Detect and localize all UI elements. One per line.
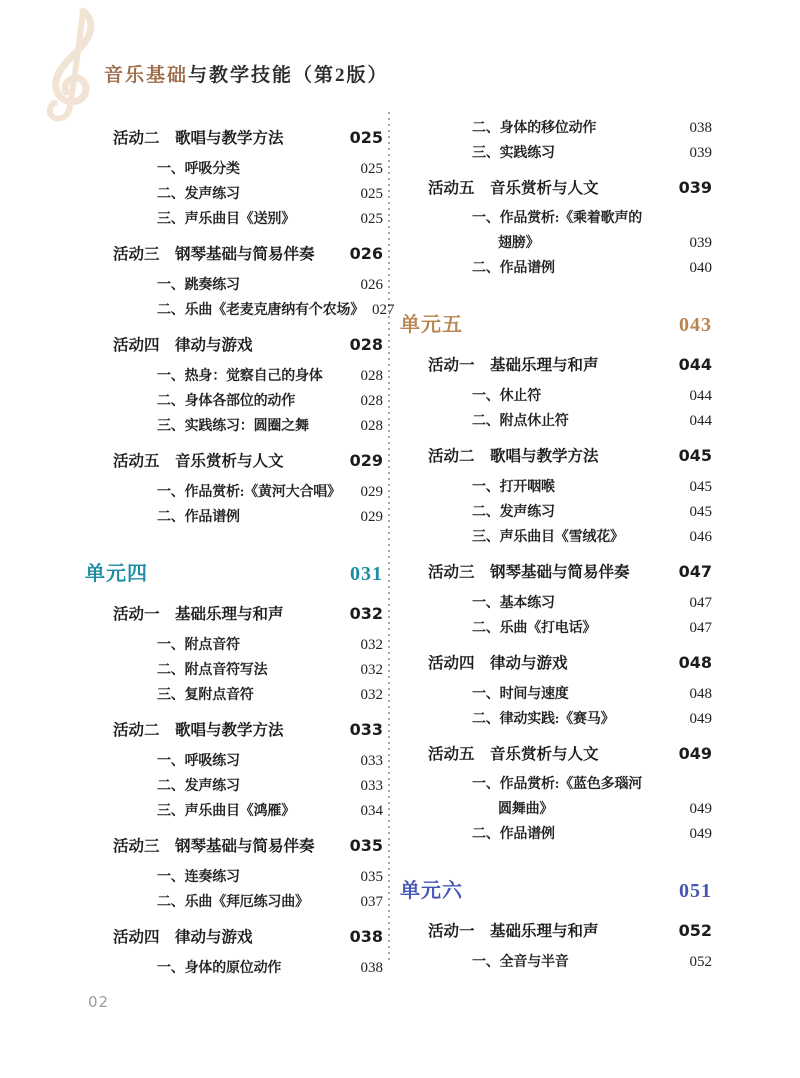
toc-entry-row: 二、作品谱例040 <box>400 256 712 281</box>
activity-heading-row: 活动二 歌唱与教学方法033 <box>85 716 383 744</box>
toc-entry-label: 二、乐曲《拜厄练习曲》 <box>157 891 309 915</box>
column-divider <box>388 112 390 964</box>
toc-entry-row: 一、作品赏析:《蓝色多瑙河 <box>400 773 712 797</box>
toc-entry-page-number: 035 <box>342 832 383 860</box>
toc-entry-page-number: 033 <box>342 716 383 744</box>
toc-entry-label: 一、作品赏析:《蓝色多瑙河 <box>472 773 642 797</box>
toc-entry-row: 二、附点休止符044 <box>400 409 712 434</box>
toc-entry-row: 二、附点音符写法032 <box>85 658 383 683</box>
toc-entry-label: 活动二 歌唱与教学方法 <box>113 716 284 744</box>
toc-entry-page-number: 038 <box>682 116 713 140</box>
toc-entry-label: 一、身体的原位动作 <box>157 957 281 981</box>
toc-entry-label: 活动四 律动与游戏 <box>113 923 253 951</box>
toc-entry-page-number: 033 <box>353 774 384 798</box>
toc-entry-row: 三、声乐曲目《送别》025 <box>85 207 383 232</box>
toc-entry-row: 三、声乐曲目《鸿雁》034 <box>85 799 383 824</box>
toc-entry-label: 活动一 基础乐理与和声 <box>428 917 599 945</box>
toc-entry-row: 一、热身：觉察自己的身体028 <box>85 364 383 389</box>
activity-heading-row: 活动二 歌唱与教学方法025 <box>85 124 383 152</box>
toc-entry-label: 活动三 钢琴基础与简易伴奏 <box>428 558 630 586</box>
toc-entry-page-number: 045 <box>671 442 712 470</box>
toc-entry-label: 活动二 歌唱与教学方法 <box>113 124 284 152</box>
toc-entry-label: 一、全音与半音 <box>472 951 569 975</box>
toc-entry-label: 二、作品谱例 <box>472 823 555 847</box>
toc-entry-page-number: 038 <box>342 923 383 951</box>
toc-entry-label: 活动一 基础乐理与和声 <box>428 351 599 379</box>
toc-entry-label: 三、声乐曲目《送别》 <box>157 208 295 232</box>
toc-entry-label: 一、时间与速度 <box>472 683 569 707</box>
toc-entry-page-number: 044 <box>682 409 713 433</box>
activity-heading-row: 活动二 歌唱与教学方法045 <box>400 442 712 470</box>
toc-entry-page-number: 040 <box>682 256 713 280</box>
toc-entry-continuation-row: 翅膀》039 <box>400 231 712 256</box>
toc-entry-page-number: 047 <box>682 591 713 615</box>
toc-entry-page-number: 028 <box>342 331 383 359</box>
toc-entry-row: 一、附点音符032 <box>85 633 383 658</box>
folio-page-number: 02 <box>88 993 109 1011</box>
toc-entry-label: 一、呼吸分类 <box>157 158 240 182</box>
toc-entry-page-number: 032 <box>353 633 384 657</box>
toc-entry-page-number: 034 <box>353 799 384 823</box>
toc-entry-page-number: 044 <box>671 351 712 379</box>
toc-entry-row: 一、全音与半音052 <box>400 950 712 975</box>
toc-entry-label: 三、实践练习 <box>472 142 555 166</box>
toc-entry-label: 二、乐曲《老麦克唐纳有个农场》 <box>157 299 364 323</box>
toc-entry-label: 二、律动实践:《赛马》 <box>472 708 614 732</box>
toc-entry-label: 单元六 <box>400 873 463 909</box>
toc-entry-label: 三、声乐曲目《鸿雁》 <box>157 800 295 824</box>
activity-heading-row: 活动三 钢琴基础与简易伴奏026 <box>85 240 383 268</box>
toc-entry-label: 一、作品赏析:《黄河大合唱》 <box>157 481 341 505</box>
toc-entry-label: 二、发声练习 <box>157 775 240 799</box>
toc-entry-label: 单元四 <box>85 556 148 592</box>
toc-entry-page-number: 039 <box>671 174 712 202</box>
toc-entry-page-number: 035 <box>353 865 384 889</box>
toc-entry-label: 一、热身：觉察自己的身体 <box>157 365 323 389</box>
toc-entry-row: 二、身体各部位的动作028 <box>85 389 383 414</box>
toc-entry-page-number: 052 <box>671 917 712 945</box>
toc-entry-row: 一、基本练习047 <box>400 591 712 616</box>
toc-entry-page-number: 052 <box>682 950 713 974</box>
toc-entry-page-number: 047 <box>682 616 713 640</box>
toc-entry-row: 三、实践练习039 <box>400 141 712 166</box>
toc-entry-page-number: 025 <box>342 124 383 152</box>
toc-entry-label: 活动三 钢琴基础与简易伴奏 <box>113 832 315 860</box>
toc-column-left: 活动二 歌唱与教学方法025一、呼吸分类025二、发声练习025三、声乐曲目《送… <box>85 116 383 981</box>
activity-heading-row: 活动四 律动与游戏028 <box>85 331 383 359</box>
toc-entry-page-number: 045 <box>682 475 713 499</box>
toc-entry-page-number: 048 <box>682 682 713 706</box>
toc-entry-page-number: 051 <box>671 873 712 909</box>
toc-entry-page-number: 028 <box>353 389 384 413</box>
toc-entry-row: 一、作品赏析:《黄河大合唱》029 <box>85 480 383 505</box>
book-title-highlight: 音乐基础 <box>104 65 188 86</box>
toc-entry-page-number: 033 <box>353 749 384 773</box>
book-title-rest: 与教学技能（第2版） <box>188 65 389 86</box>
toc-entry-label: 二、作品谱例 <box>472 257 555 281</box>
toc-entry-page-number: 027 <box>364 298 395 322</box>
activity-heading-row: 活动一 基础乐理与和声052 <box>400 917 712 945</box>
toc-entry-page-number: 029 <box>353 480 384 504</box>
toc-entry-row: 一、连奏练习035 <box>85 865 383 890</box>
toc-entry-label: 一、呼吸练习 <box>157 750 240 774</box>
toc-entry-row: 二、乐曲《拜厄练习曲》037 <box>85 890 383 915</box>
toc-entry-page-number: 032 <box>342 600 383 628</box>
toc-entry-label: 活动一 基础乐理与和声 <box>113 600 284 628</box>
toc-entry-page-number: 025 <box>353 157 384 181</box>
toc-entry-label: 二、附点音符写法 <box>157 659 267 683</box>
activity-heading-row: 活动五 音乐赏析与人文029 <box>85 447 383 475</box>
toc-entry-label: 活动五 音乐赏析与人文 <box>428 740 599 768</box>
toc-entry-label: 二、身体各部位的动作 <box>157 390 295 414</box>
toc-entry-label: 一、基本练习 <box>472 592 555 616</box>
toc-entry-row: 三、实践练习：圆圈之舞028 <box>85 414 383 439</box>
toc-entry-label: 单元五 <box>400 307 463 343</box>
toc-entry-row: 二、乐曲《打电话》047 <box>400 616 712 641</box>
toc-entry-label: 翅膀》 <box>498 232 539 256</box>
toc-entry-label: 二、乐曲《打电话》 <box>472 617 596 641</box>
toc-entry-row: 二、发声练习033 <box>85 774 383 799</box>
activity-heading-row: 活动一 基础乐理与和声032 <box>85 600 383 628</box>
toc-entry-label: 一、休止符 <box>472 385 541 409</box>
toc-entry-row: 一、打开咽喉045 <box>400 475 712 500</box>
toc-entry-page-number: 044 <box>682 384 713 408</box>
toc-entry-row: 一、呼吸分类025 <box>85 157 383 182</box>
toc-entry-page-number: 026 <box>342 240 383 268</box>
book-title: 音乐基础与教学技能（第2版） <box>104 60 389 87</box>
activity-heading-row: 活动四 律动与游戏038 <box>85 923 383 951</box>
toc-entry-page-number: 037 <box>353 890 384 914</box>
toc-entry-label: 二、发声练习 <box>157 183 240 207</box>
toc-entry-row: 二、律动实践:《赛马》049 <box>400 707 712 732</box>
book-page: 音乐基础与教学技能（第2版） 活动二 歌唱与教学方法025一、呼吸分类025二、… <box>0 0 800 1078</box>
toc-entry-page-number: 049 <box>682 797 713 821</box>
toc-entry-label: 活动三 钢琴基础与简易伴奏 <box>113 240 315 268</box>
toc-entry-row: 二、作品谱例029 <box>85 505 383 530</box>
toc-entry-label: 三、复附点音符 <box>157 684 254 708</box>
toc-entry-label: 二、身体的移位动作 <box>472 117 596 141</box>
toc-entry-row: 一、跳奏练习026 <box>85 273 383 298</box>
toc-entry-page-number: 046 <box>682 525 713 549</box>
toc-entry-label: 活动四 律动与游戏 <box>113 331 253 359</box>
activity-heading-row: 活动五 音乐赏析与人文049 <box>400 740 712 768</box>
toc-entry-row: 二、发声练习045 <box>400 500 712 525</box>
toc-entry-row: 二、身体的移位动作038 <box>400 116 712 141</box>
toc-entry-label: 三、实践练习：圆圈之舞 <box>157 415 309 439</box>
toc-entry-label: 三、声乐曲目《雪绒花》 <box>472 526 624 550</box>
unit-heading-row: 单元五043 <box>400 307 712 343</box>
toc-entry-row: 一、休止符044 <box>400 384 712 409</box>
toc-entry-page-number: 029 <box>342 447 383 475</box>
toc-entry-row: 一、身体的原位动作038 <box>85 956 383 981</box>
toc-entry-continuation-row: 圆舞曲》049 <box>400 797 712 822</box>
toc-entry-page-number: 049 <box>671 740 712 768</box>
toc-entry-label: 活动二 歌唱与教学方法 <box>428 442 599 470</box>
toc-entry-label: 二、作品谱例 <box>157 506 240 530</box>
toc-entry-page-number: 047 <box>671 558 712 586</box>
toc-entry-label: 二、发声练习 <box>472 501 555 525</box>
toc-entry-page-number: 028 <box>353 414 384 438</box>
toc-entry-page-number: 025 <box>353 207 384 231</box>
toc-entry-row: 二、发声练习025 <box>85 182 383 207</box>
toc-entry-page-number: 032 <box>353 658 384 682</box>
toc-entry-label: 一、作品赏析:《乘着歌声的 <box>472 207 642 231</box>
toc-entry-label: 一、打开咽喉 <box>472 476 555 500</box>
toc-entry-page-number: 025 <box>353 182 384 206</box>
toc-entry-label: 一、连奏练习 <box>157 866 240 890</box>
activity-heading-row: 活动一 基础乐理与和声044 <box>400 351 712 379</box>
toc-entry-row: 一、呼吸练习033 <box>85 749 383 774</box>
toc-entry-row: 一、时间与速度048 <box>400 682 712 707</box>
toc-entry-page-number: 043 <box>671 307 712 343</box>
toc-entry-page-number: 029 <box>353 505 384 529</box>
toc-entry-page-number: 049 <box>682 822 713 846</box>
unit-heading-row: 单元四031 <box>85 556 383 592</box>
toc-entry-label: 二、附点休止符 <box>472 410 569 434</box>
toc-entry-label: 活动四 律动与游戏 <box>428 649 568 677</box>
toc-entry-page-number: 039 <box>682 231 713 255</box>
toc-entry-page-number: 038 <box>353 956 384 980</box>
toc-entry-label: 圆舞曲》 <box>498 798 553 822</box>
toc-entry-row: 一、作品赏析:《乘着歌声的 <box>400 207 712 231</box>
activity-heading-row: 活动三 钢琴基础与简易伴奏047 <box>400 558 712 586</box>
toc-entry-row: 二、作品谱例049 <box>400 822 712 847</box>
toc-entry-page-number: 031 <box>342 556 383 592</box>
activity-heading-row: 活动三 钢琴基础与简易伴奏035 <box>85 832 383 860</box>
toc-entry-page-number: 032 <box>353 683 384 707</box>
toc-entry-page-number: 049 <box>682 707 713 731</box>
toc-column-right: 二、身体的移位动作038三、实践练习039活动五 音乐赏析与人文039一、作品赏… <box>400 116 712 975</box>
toc-entry-page-number: 026 <box>353 273 384 297</box>
toc-entry-row: 三、复附点音符032 <box>85 683 383 708</box>
toc-entry-label: 活动五 音乐赏析与人文 <box>113 447 284 475</box>
toc-entry-row: 三、声乐曲目《雪绒花》046 <box>400 525 712 550</box>
toc-entry-label: 一、附点音符 <box>157 634 240 658</box>
toc-entry-row: 二、乐曲《老麦克唐纳有个农场》027 <box>85 298 383 323</box>
activity-heading-row: 活动四 律动与游戏048 <box>400 649 712 677</box>
toc-entry-page-number: 039 <box>682 141 713 165</box>
toc-entry-page-number: 028 <box>353 364 384 388</box>
toc-entry-page-number: 048 <box>671 649 712 677</box>
unit-heading-row: 单元六051 <box>400 873 712 909</box>
activity-heading-row: 活动五 音乐赏析与人文039 <box>400 174 712 202</box>
toc-entry-page-number: 045 <box>682 500 713 524</box>
toc-entry-label: 活动五 音乐赏析与人文 <box>428 174 599 202</box>
toc-entry-label: 一、跳奏练习 <box>157 274 240 298</box>
